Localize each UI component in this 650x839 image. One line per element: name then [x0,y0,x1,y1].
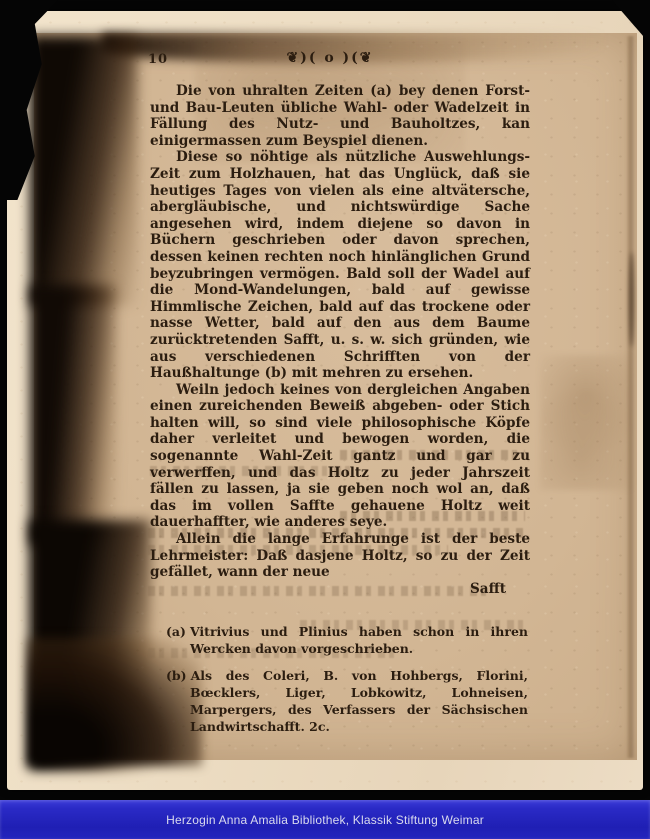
footnote-a-text: Vitrivius und Plinius haben schon in ihr… [190,624,528,656]
page-fold-streak [629,252,634,347]
paragraph-3: Weiln jedoch keines von dergleichen Anga… [150,382,530,531]
page-number: 10 [148,52,168,69]
footnote-b-marker: (b) [166,668,191,683]
caption-bar: Herzogin Anna Amalia Bibliothek, Klassik… [0,800,650,839]
footnotes: (a)Vitrivius und Plinius haben schon in … [150,623,530,735]
footnote-a: (a)Vitrivius und Plinius haben schon in … [166,623,528,657]
page-content: 10 ❦)( o )(❦ Die von uhralten Zeiten (a)… [150,50,530,745]
paragraph-1: Die von uhralten Zeiten (a) bey denen Fo… [150,83,530,149]
caption-text: Herzogin Anna Amalia Bibliothek, Klassik… [166,813,484,827]
paragraph-4: Allein die lange Erfahrunge ist der best… [150,531,530,581]
page-fold-line [626,36,635,758]
catchword: Safft [150,581,530,598]
paragraph-2: Diese so nöhtige als nützliche Auswehlun… [150,149,530,381]
scan-viewer: 10 ❦)( o )(❦ Die von uhralten Zeiten (a)… [0,0,650,839]
footnote-a-marker: (a) [166,624,190,639]
footnote-b: (b)Als des Coleri, B. von Hohbergs, Flor… [166,667,528,735]
footnote-b-text: Als des Coleri, B. von Hohbergs, Florini… [190,668,528,734]
header-ornament: ❦)( o )(❦ [286,50,373,67]
page-header: 10 ❦)( o )(❦ [150,50,530,70]
